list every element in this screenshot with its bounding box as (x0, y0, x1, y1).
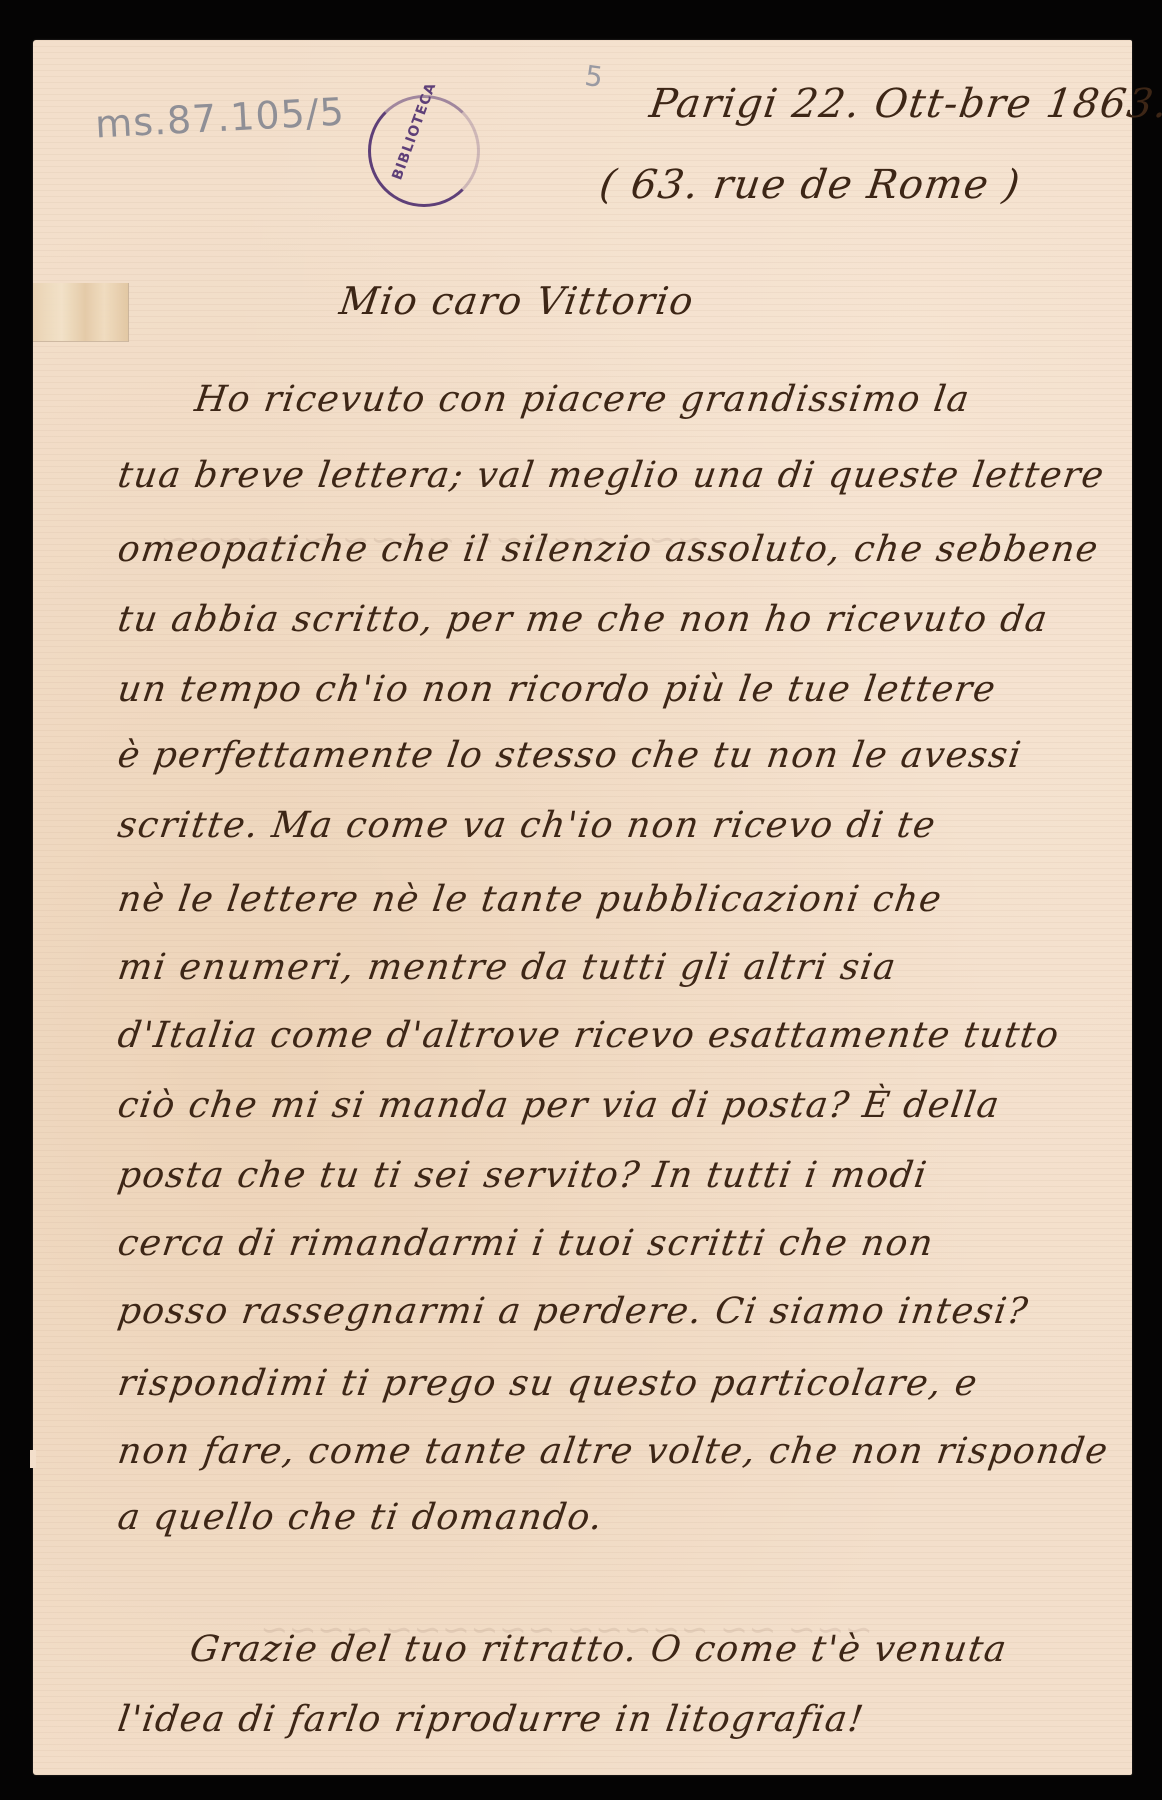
body-line: posso rassegnarmi a perdere. Ci siamo in… (115, 1294, 1030, 1330)
body-line: d'Italia come d'altrove ricevo esattamen… (115, 1018, 1062, 1054)
body-line: posta che tu ti sei servito? In tutti i … (115, 1158, 929, 1194)
salutation: Mio caro Vittorio (337, 282, 696, 320)
torn-edge-repair (33, 283, 129, 342)
place-date: Parigi 22. Ott-bre 1863. (647, 84, 1162, 124)
sender-address: ( 63. rue de Rome ) (597, 165, 1023, 205)
library-stamp: BIBLIOTECA (368, 95, 480, 207)
body-line: a quello che ti domando. (115, 1500, 605, 1536)
body-line: Grazie del tuo ritratto. O come t'è venu… (187, 1632, 1009, 1668)
body-line: omeopatiche che il silenzio assoluto, ch… (115, 532, 1101, 568)
body-line: è perfettamente lo stesso che tu non le … (115, 738, 1024, 774)
body-line: mi enumeri, mentre da tutti gli altri si… (115, 950, 899, 986)
body-line: l'idea di farlo riprodurre in litografia… (115, 1702, 866, 1738)
body-line: Ho ricevuto con piacere grandissimo la (192, 382, 972, 418)
body-line: tu abbia scritto, per me che non ho rice… (115, 602, 1050, 638)
body-line: ciò che mi si manda per via di posta? È … (115, 1088, 1002, 1124)
body-line: tua breve lettera; val meglio una di que… (115, 458, 1107, 494)
body-line: nè le lettere nè le tante pubblicazioni … (115, 882, 944, 918)
body-line: rispondimi ti prego su questo particolar… (115, 1366, 980, 1402)
paper-notch (30, 1450, 36, 1468)
body-line: un tempo ch'io non ricordo più le tue le… (115, 672, 998, 708)
body-line: cerca di rimandarmi i tuoi scritti che n… (115, 1226, 936, 1262)
body-line: scritte. Ma come va ch'io non ricevo di … (115, 808, 938, 844)
body-line: non fare, come tante altre volte, che no… (115, 1434, 1110, 1470)
